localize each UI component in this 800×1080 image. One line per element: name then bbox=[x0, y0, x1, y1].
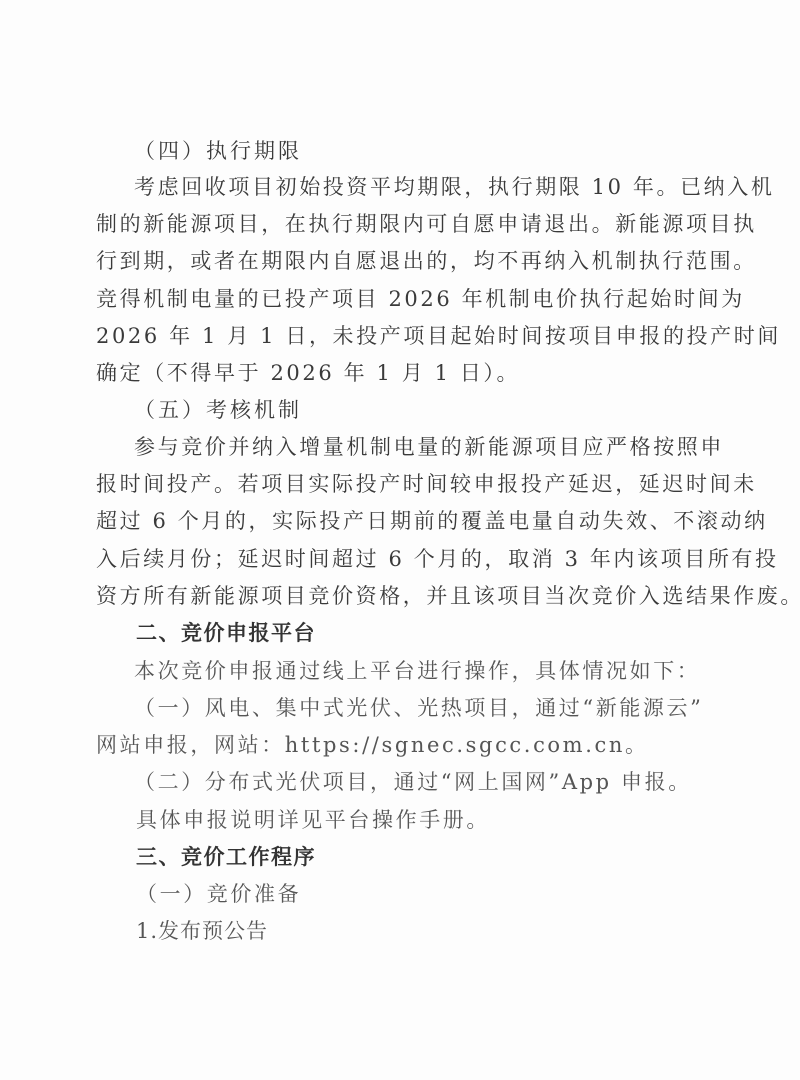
paragraph-line: 本次竞价申报通过线上平台进行操作，具体情况如下： bbox=[134, 656, 702, 686]
paragraph-line: 确定（不得早于 2026 年 1 月 1 日）。 bbox=[96, 358, 702, 388]
chapter-3-heading: 三、竞价工作程序 bbox=[136, 842, 742, 872]
paragraph-line: 竞得机制电量的已投产项目 2026 年机制电价执行起始时间为 bbox=[96, 284, 702, 314]
section-5-heading: （五）考核机制 bbox=[134, 395, 702, 425]
paragraph-line: 超过 6 个月的，实际投产日期前的覆盖电量自动失效、不滚动纳 bbox=[96, 506, 702, 536]
list-item: （二）分布式光伏项目，通过“网上国网”App 申报。 bbox=[134, 767, 702, 797]
paragraph-line: 2026 年 1 月 1 日，未投产项目起始时间按项目申报的投产时间 bbox=[96, 321, 702, 351]
paragraph-line: 制的新能源项目，在执行期限内可自愿申请退出。新能源项目执 bbox=[96, 209, 702, 239]
paragraph-line: 资方所有新能源项目竞价资格，并且该项目当次竞价入选结果作废。 bbox=[96, 581, 702, 611]
document-page: （四）执行期限 考虑回收项目初始投资平均期限，执行期限 10 年。已纳入机 制的… bbox=[0, 0, 800, 1080]
paragraph-line: 行到期，或者在期限内自愿退出的，均不再纳入机制执行范围。 bbox=[96, 246, 702, 276]
paragraph-line: 入后续月份；延迟时间超过 6 个月的，取消 3 年内该项目所有投 bbox=[96, 544, 702, 574]
paragraph-line: 参与竞价并纳入增量机制电量的新能源项目应严格按照申 bbox=[134, 432, 702, 462]
list-item: 1.发布预公告 bbox=[136, 916, 742, 946]
section-4-heading: （四）执行期限 bbox=[134, 136, 702, 166]
paragraph-line: 考虑回收项目初始投资平均期限，执行期限 10 年。已纳入机 bbox=[134, 172, 702, 202]
list-item: （一）风电、集中式光伏、光热项目，通过“新能源云” bbox=[134, 693, 690, 723]
paragraph-line: 报时间投产。若项目实际投产时间较申报投产延迟，延迟时间未 bbox=[96, 469, 702, 499]
subsection-heading: （一）竞价准备 bbox=[136, 879, 742, 909]
chapter-2-heading: 二、竞价申报平台 bbox=[136, 618, 742, 648]
list-item-continuation: 网站申报，网站：https://sgnec.sgcc.com.cn。 bbox=[96, 730, 702, 760]
paragraph-line: 具体申报说明详见平台操作手册。 bbox=[136, 805, 704, 835]
